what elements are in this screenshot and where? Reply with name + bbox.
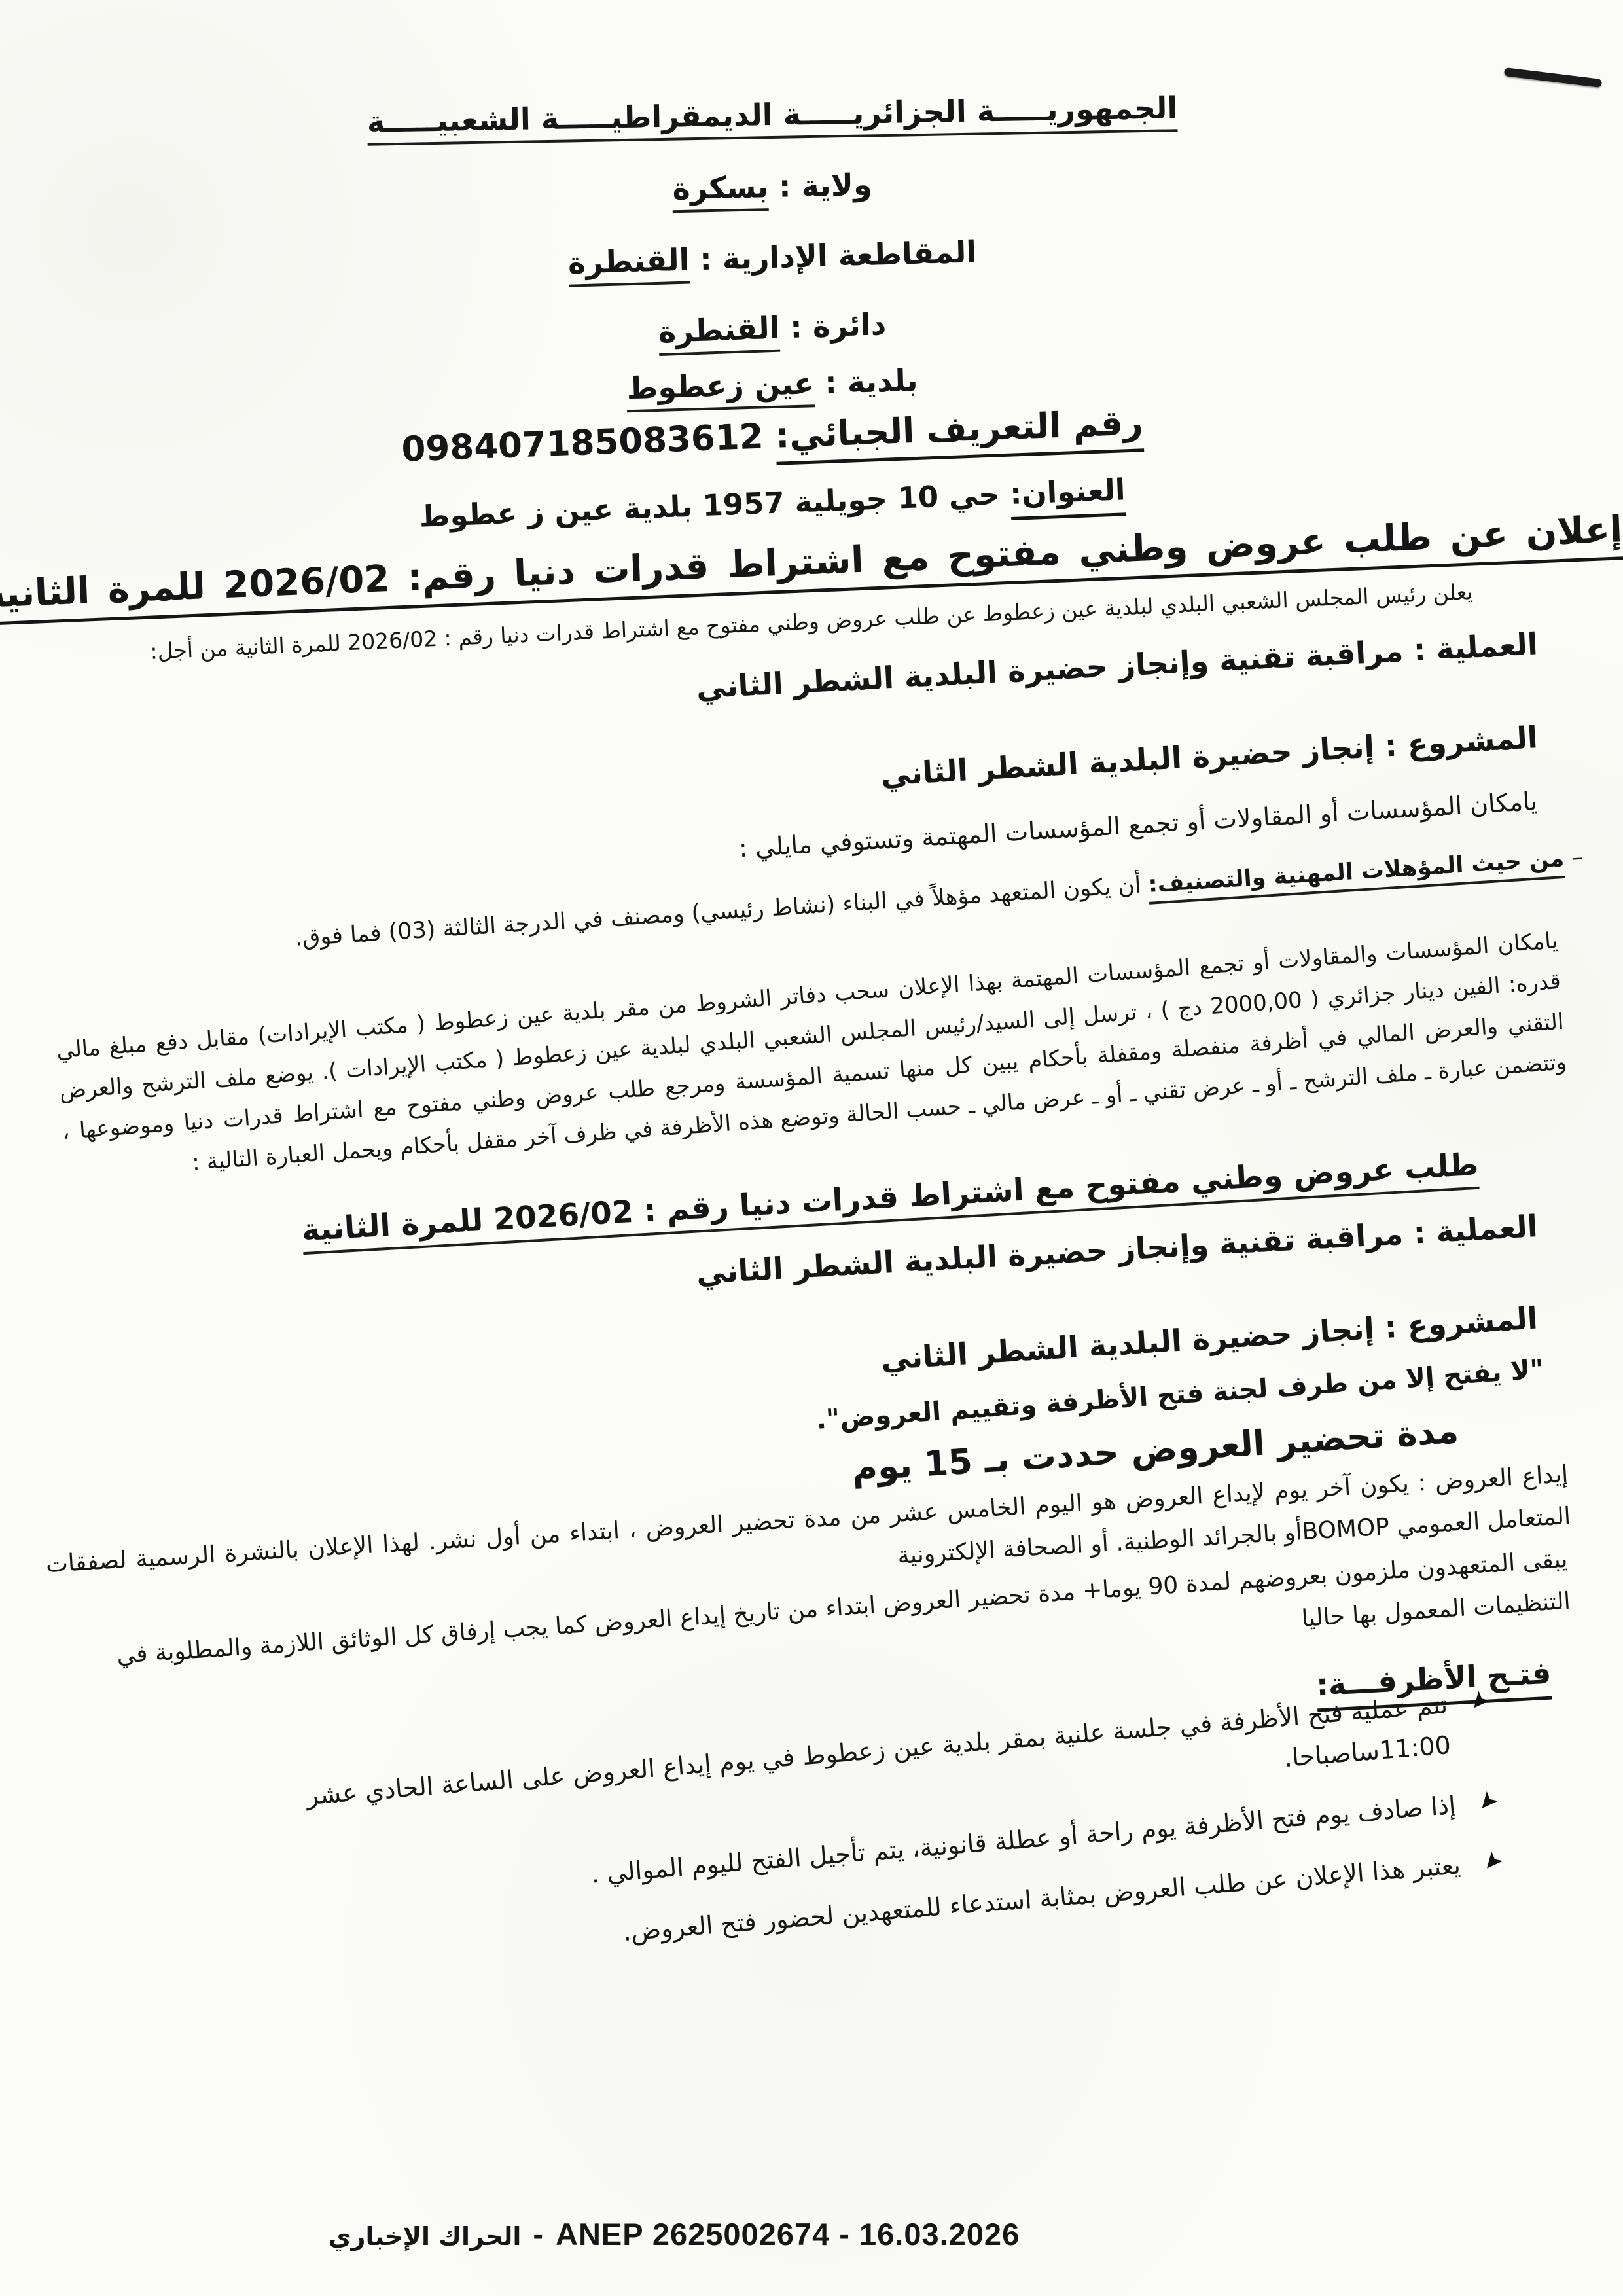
daira-label: دائرة : <box>789 306 887 345</box>
republic-text: الجمهوريـــــة الجزائريـــــة الديمقراطي… <box>366 90 1177 146</box>
footer-anep-reference: ANEP 2625002674 - 16.03.2026 <box>556 2216 1020 2252</box>
project-value: إنجاز حضيرة البلدية الشطر الثاني <box>880 728 1375 792</box>
district-value: القنطرة <box>567 242 690 287</box>
address-label: العنوان: <box>1009 472 1126 520</box>
qualification-dash: – <box>1570 844 1583 871</box>
operation-line-1: العملية : مراقبة تقنية وإنجاز حضيرة البل… <box>695 626 1538 705</box>
district-label: المقاطعة الإدارية : <box>700 234 977 277</box>
daira-value: القنطرة <box>658 310 781 356</box>
operation-label: العملية : <box>1412 626 1538 668</box>
arrow-bullet-icon: ➤ <box>1471 1841 1514 1882</box>
withdrawal-paragraph: يامكان المؤسسات والمقاولات أو تجمع المؤس… <box>55 920 1568 1193</box>
footer-source: الحراك الإخباري <box>329 2222 522 2251</box>
project-label-2: المشروع : <box>1383 1300 1539 1345</box>
header-district-line: المقاطعة الإدارية : القنطرة <box>0 217 1584 297</box>
wilaya-label: ولاية : <box>779 167 873 204</box>
project-value-2: إنجاز حضيرة البلدية الشطر الثاني <box>880 1310 1375 1376</box>
operation-label-2: العملية : <box>1412 1208 1538 1251</box>
project-label: المشروع : <box>1383 719 1538 763</box>
project-line-1: المشروع : إنجاز حضيرة البلدية الشطر الثا… <box>880 719 1539 793</box>
operation-value: مراقبة تقنية وإنجاز حضيرة البلدية الشطر … <box>695 633 1404 706</box>
scanned-tender-announcement-page: الجمهوريـــــة الجزائريـــــة الديمقراطي… <box>0 0 1623 2296</box>
footer-line: الحراك الإخباري - ANEP 2625002674 - 16.0… <box>0 2216 1486 2252</box>
address-value: حي 10 جويلية 1957 بلدية عين ز عطوط <box>419 477 1001 534</box>
arrow-bullet-icon: ➤ <box>1466 1782 1508 1822</box>
eligibility-intro-line: يامكان المؤسسات أو المقاولات أو تجمع الم… <box>738 787 1538 863</box>
footer-separator: - <box>533 2216 544 2252</box>
qualification-text: أن يكون المتعهد مؤهلاً في البناء (نشاط ر… <box>294 872 1141 952</box>
wilaya-value: بسكرة <box>672 169 769 213</box>
header-wilaya-line: ولاية : بسكرة <box>0 152 1584 221</box>
header-republic-line: الجمهوريـــــة الجزائريـــــة الديمقراطي… <box>0 82 1584 146</box>
tax-id-number: 098407185083612 <box>401 417 764 470</box>
qualification-label: من حيث المؤهلات المهنية والتصنيف: <box>1147 846 1565 905</box>
commune-label: بلدية : <box>825 363 919 401</box>
commune-value: عين زعطوط <box>626 365 815 412</box>
operation-value-2: مراقبة تقنية وإنجاز حضيرة البلدية الشطر … <box>695 1216 1404 1291</box>
opening-bullet-list: ➤ تتم عملية فتح الأظرفة في جلسة علنية بم… <box>177 1681 1506 2007</box>
tax-id-label: رقم التعريف الجبائي: <box>775 403 1144 465</box>
